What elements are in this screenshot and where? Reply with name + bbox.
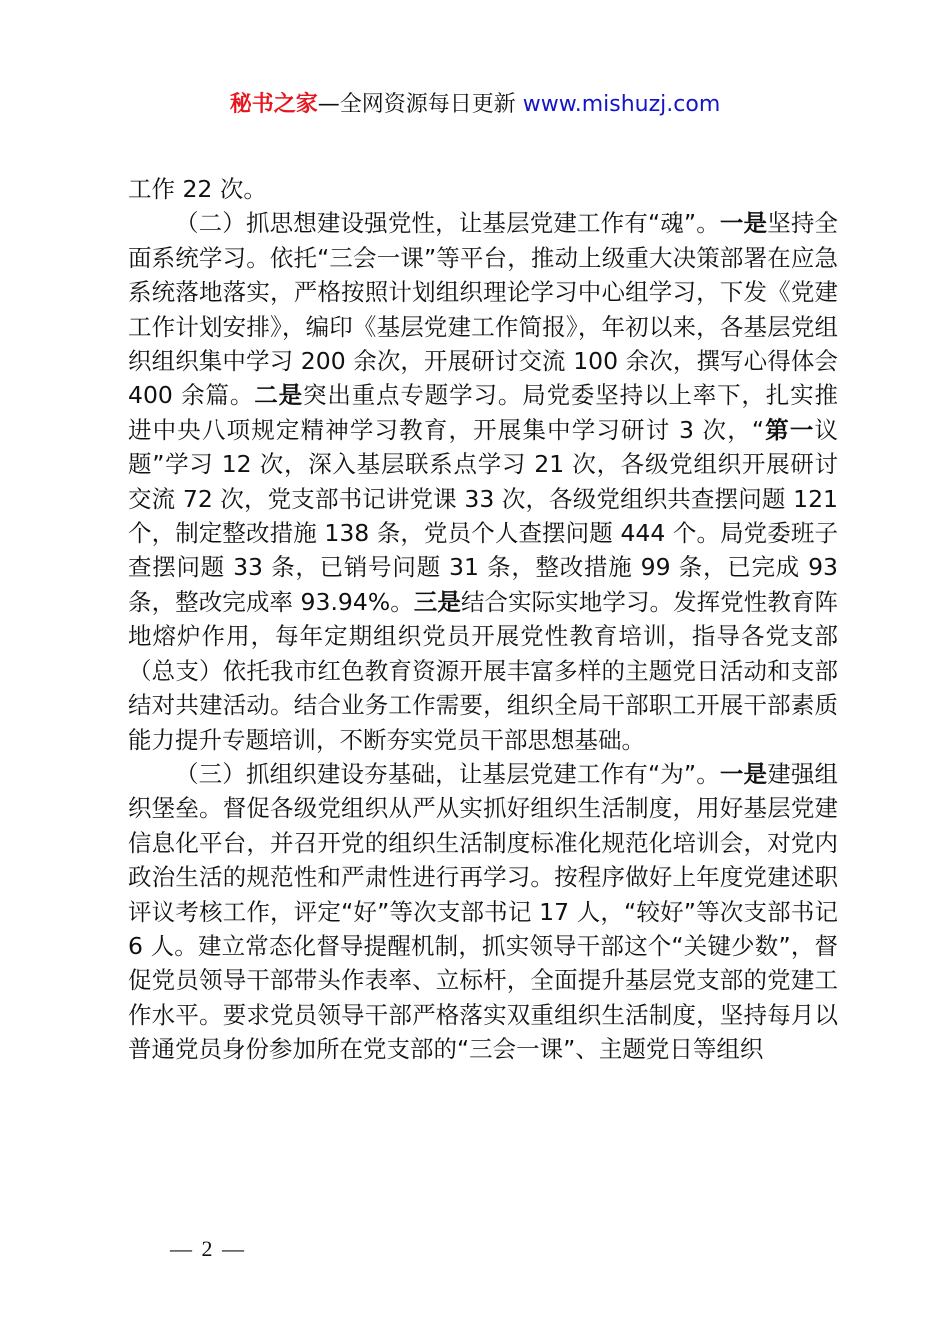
bold-lead-phrase: 第一 [764,416,814,444]
site-url-link[interactable]: www.mishuzj.com [523,92,720,117]
paragraph-text: 工作 22 次。 [128,175,267,203]
bold-lead-phrase: 一是 [720,209,767,237]
document-paragraph: （三）抓组织建设夯基础，让基层党建工作有“为”。一是建强组织堡垒。督促各级党组织… [128,757,838,1067]
paragraph-text: （三）抓组织建设夯基础，让基层党建工作有“为”。 [175,760,720,788]
paragraph-text: （二）抓思想建设强党性，让基层党建工作有“魂”。 [175,209,720,237]
document-body: 工作 22 次。（二）抓思想建设强党性，让基层党建工作有“魂”。一是坚持全面系统… [128,172,838,1067]
document-paragraph: 工作 22 次。 [128,172,838,206]
document-paragraph: （二）抓思想建设强党性，让基层党建工作有“魂”。一是坚持全面系统学习。依托“三会… [128,206,838,757]
banner-slogan: —全网资源每日更新 [318,92,523,117]
paragraph-text: 坚持全面系统学习。依托“三会一课”等平台，推动上级重大决策部署在应急系统落地落实… [128,209,838,409]
bold-lead-phrase: 三是 [414,588,461,616]
bold-lead-phrase: 一是 [720,760,767,788]
paragraph-text: 议题”学习 12 次，深入基层联系点学习 21 次，各级党组织开展研讨交流 72… [128,416,838,616]
bold-lead-phrase: 二是 [254,381,303,409]
brand-name: 秘书之家 [230,92,318,117]
paragraph-text: 建强组织堡垒。督促各级党组织从严从实抓好组织生活制度，用好基层党建信息化平台，并… [128,760,838,1063]
site-banner: 秘书之家—全网资源每日更新 www.mishuzj.com [0,88,950,122]
page-number: — 2 — [170,1236,246,1262]
